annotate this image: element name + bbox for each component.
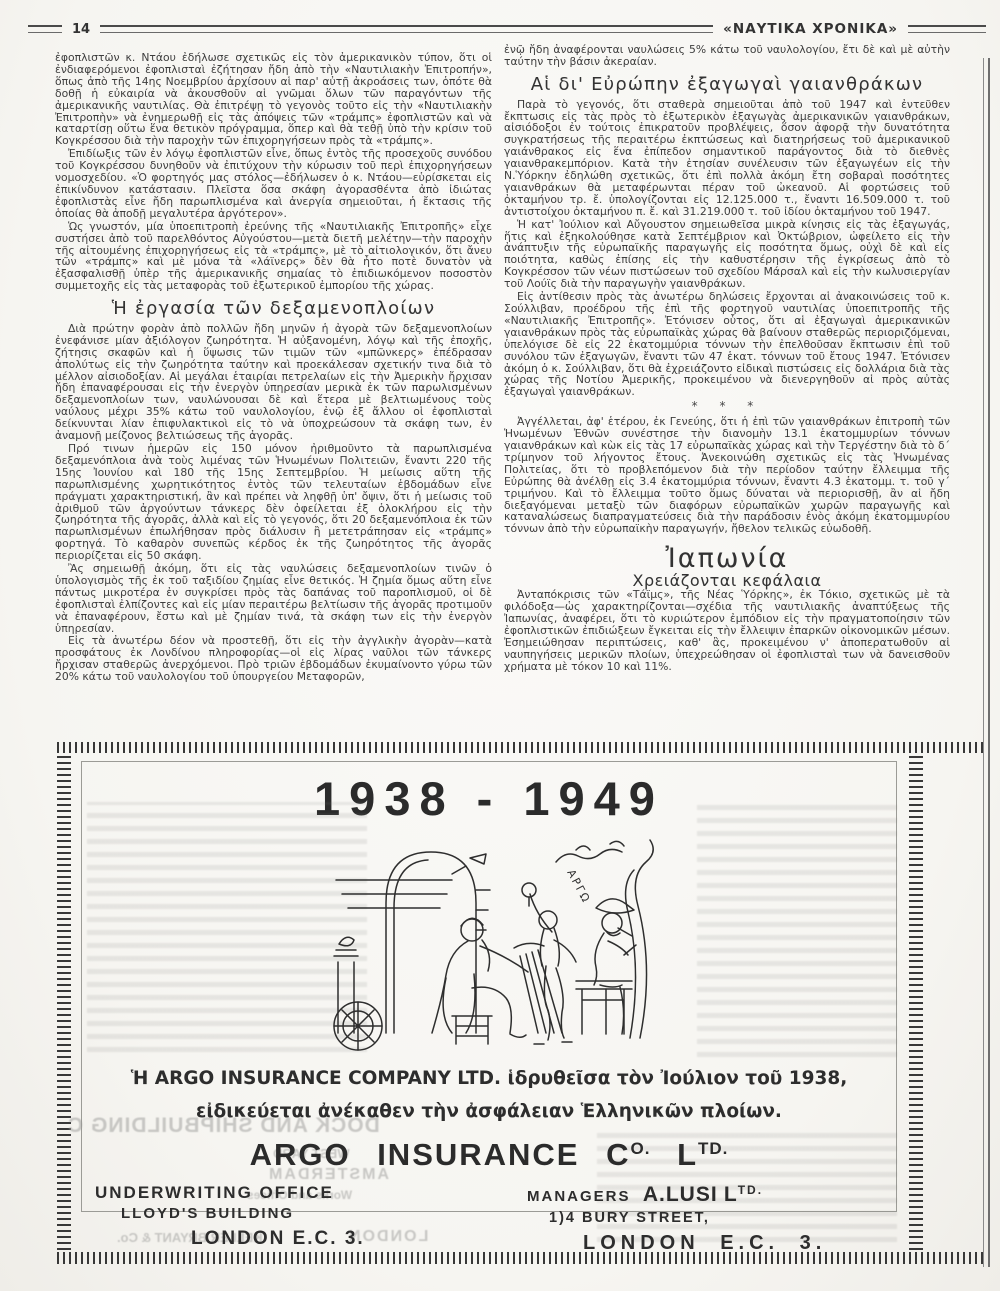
managers-block: MANAGERS A.LUSI LTD. 1)4 BURY STREET, LO… xyxy=(527,1183,857,1255)
paragraph: Ἡ κατ' Ἰούλιον καὶ Αὔγουστον σημειωθεῖσα… xyxy=(504,219,950,290)
company-ltd: LTD. xyxy=(677,1137,728,1172)
section-heading-japan: Ἰαπωνία xyxy=(504,545,950,573)
header-rule-right xyxy=(908,25,986,33)
header-rule-center xyxy=(100,25,713,33)
paragraph: Εἰς τὰ ἀνωτέρω δέον νὰ προστεθῇ, ὅτι εἰς… xyxy=(55,635,492,683)
left-column: ἐφοπλιστῶν κ. Ντάου ἐδήλωσε σχετικῶς εἰς… xyxy=(55,52,492,684)
managers-street: 1)4 BURY STREET, xyxy=(527,1210,857,1226)
paragraph: Ὡς γνωστόν, μία ὑποεπιτροπὴ ἐρεύνης τῆς … xyxy=(55,221,492,292)
ad-intro-text: Ἡ ARGO INSURANCE COMPANY LTD. ἱδρυθεῖσα … xyxy=(81,1062,897,1129)
section-subheading-capital: Χρειάζονται κεφάλαια xyxy=(504,575,950,587)
office-line: UNDERWRITING OFFICE xyxy=(95,1183,425,1203)
paragraph: Παρὰ τὸ γεγονός, ὅτι σταθερὰ σημειοῦται … xyxy=(504,99,950,218)
argo-illustration-svg: ΑΡΓΩ xyxy=(324,828,654,1060)
paragraph: Διὰ πρώτην φορὰν ἀπὸ πολλῶν ἤδη μηνῶν ἡ … xyxy=(55,323,492,442)
company-prefix: ARGO INSURANCE xyxy=(250,1137,580,1172)
argo-insurance-advertisement: DOCK AND SHIPBUILDING C WEST YARD AMSTER… xyxy=(57,742,923,1264)
asterisk-separator: * * * xyxy=(504,401,950,413)
section-heading-tankers: Ἡ ἐργασία τῶν δεξαμενοπλοίων xyxy=(55,299,492,319)
paragraph: ἐνῷ ἤδη ἀναφέρονται ναυλώσεις 5% κάτω το… xyxy=(504,44,950,68)
magazine-page: 14 «ΝΑΥΤΙΚΑ ΧΡΟΝΙΚΑ» ἐφοπλιστῶν κ. Ντάου… xyxy=(0,0,1000,1291)
paragraph: Ἂς σημειωθῇ ἀκόμη, ὅτι εἰς τὰς ναυλώσεις… xyxy=(55,563,492,634)
ad-border-left xyxy=(57,755,71,1250)
office-line: LONDON E.C. 3. xyxy=(95,1228,425,1250)
argo-shipbuilding-illustration: ΑΡΓΩ xyxy=(324,828,654,1060)
ad-address-row: UNDERWRITING OFFICE LLOYD'S BUILDING LON… xyxy=(81,1173,897,1255)
ad-company-name: ARGO INSURANCE CO. LTD. xyxy=(81,1137,897,1173)
managers-city: LONDON E.C. 3. xyxy=(527,1232,857,1255)
company-co: CO. xyxy=(606,1137,650,1172)
section-heading-coal-exports: Αἱ δι' Εὐρώπην ἐξαγωγαὶ γαιανθράκων xyxy=(504,75,950,95)
underwriting-office-block: UNDERWRITING OFFICE LLOYD'S BUILDING LON… xyxy=(95,1183,425,1255)
page-number: 14 xyxy=(72,22,90,37)
ad-intro-line1: Ἡ ARGO INSURANCE COMPANY LTD. ἱδρυθεῖσα … xyxy=(81,1062,897,1095)
office-line: LLOYD'S BUILDING xyxy=(95,1205,425,1222)
masthead-title: «ΝΑΥΤΙΚΑ ΧΡΟΝΙΚΑ» xyxy=(723,21,898,37)
page-header: 14 «ΝΑΥΤΙΚΑ ΧΡΟΝΙΚΑ» xyxy=(28,20,986,38)
argo-name-in-smoke: ΑΡΓΩ xyxy=(564,867,593,906)
right-column: ἐνῷ ἤδη ἀναφέρονται ναυλώσεις 5% κάτω το… xyxy=(504,44,950,674)
paragraph: Ἀγγέλλεται, ἀφ' ἑτέρου, ἐκ Γενεύης, ὅτι … xyxy=(504,416,950,535)
paragraph: ἐφοπλιστῶν κ. Ντάου ἐδήλωσε σχετικῶς εἰς… xyxy=(55,52,492,147)
bleedthrough-texture xyxy=(697,797,897,1057)
paragraph: Ἐπιδίωξις τῶν ἐν λόγῳ ἐφοπλιστῶν εἶνε, ὅ… xyxy=(55,148,492,219)
paragraph: Εἰς ἀντίθεσιν πρὸς τὰς ἀνωτέρω δηλώσεις … xyxy=(504,291,950,398)
ad-border-top xyxy=(57,742,986,753)
ad-intro-line2: εἰδικεύεται ἀνέκαθεν τὴν ἀσφάλειαν Ἑλλην… xyxy=(81,1095,897,1128)
paragraph: Πρό τινων ἡμερῶν εἰς 150 μόνον ἠριθμοῦντ… xyxy=(55,443,492,562)
header-rule-left xyxy=(28,25,62,33)
paragraph: Ἀνταπόκρισις τῶν «Τάϊμς», τῆς Νέας Ὑόρκη… xyxy=(504,589,950,672)
ad-border-right xyxy=(909,755,923,1250)
right-margin-rule xyxy=(983,58,990,1267)
managers-line: MANAGERS A.LUSI LTD. xyxy=(527,1183,857,1207)
